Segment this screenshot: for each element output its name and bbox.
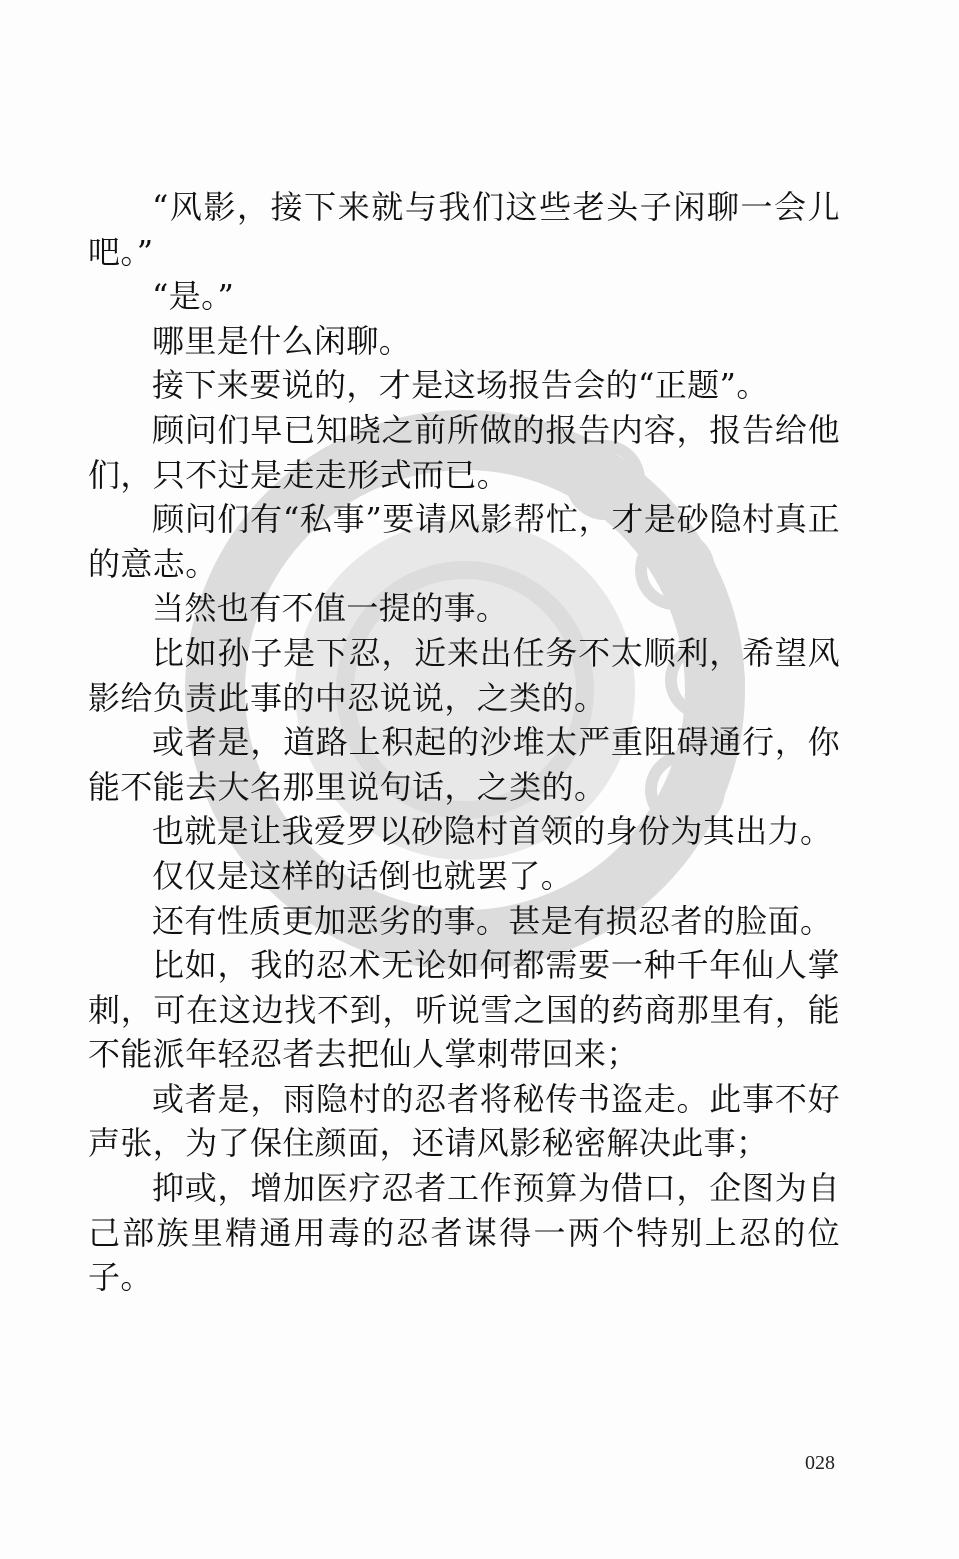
paragraph: 或者是，雨隐村的忍者将秘传书盗走。此事不好声张，为了保住颜面，还请风影秘密解决此… — [88, 1077, 840, 1166]
paragraph: 接下来要说的，才是这场报告会的“正题”。 — [88, 363, 840, 408]
paragraph: 顾问们早已知晓之前所做的报告内容，报告给他们，只不过是走走形式而已。 — [88, 408, 840, 497]
body-text: “风影，接下来就与我们这些老头子闲聊一会儿吧。” “是。” 哪里是什么闲聊。 接… — [88, 185, 840, 1300]
paragraph: 抑或，增加医疗忍者工作预算为借口，企图为自己部族里精通用毒的忍者谋得一两个特别上… — [88, 1166, 840, 1300]
paragraph: 顾问们有“私事”要请风影帮忙，才是砂隐村真正的意志。 — [88, 497, 840, 586]
paragraph: 当然也有不值一提的事。 — [88, 586, 840, 631]
paragraph: 仅仅是这样的话倒也就罢了。 — [88, 854, 840, 899]
paragraph: 也就是让我爱罗以砂隐村首领的身份为其出力。 — [88, 809, 840, 854]
paragraph: “是。” — [88, 274, 840, 319]
paragraph: 比如，我的忍术无论如何都需要一种千年仙人掌刺，可在这边找不到，听说雪之国的药商那… — [88, 943, 840, 1077]
book-page: “风影，接下来就与我们这些老头子闲聊一会儿吧。” “是。” 哪里是什么闲聊。 接… — [0, 0, 959, 1559]
paragraph: 哪里是什么闲聊。 — [88, 319, 840, 364]
paragraph: 或者是，道路上积起的沙堆太严重阻碍通行，你能不能去大名那里说句话，之类的。 — [88, 720, 840, 809]
paragraph: “风影，接下来就与我们这些老头子闲聊一会儿吧。” — [88, 185, 840, 274]
paragraph: 比如孙子是下忍，近来出任务不太顺利，希望风影给负责此事的中忍说说，之类的。 — [88, 631, 840, 720]
page-number: 028 — [805, 1452, 835, 1475]
paragraph: 还有性质更加恶劣的事。甚是有损忍者的脸面。 — [88, 899, 840, 944]
